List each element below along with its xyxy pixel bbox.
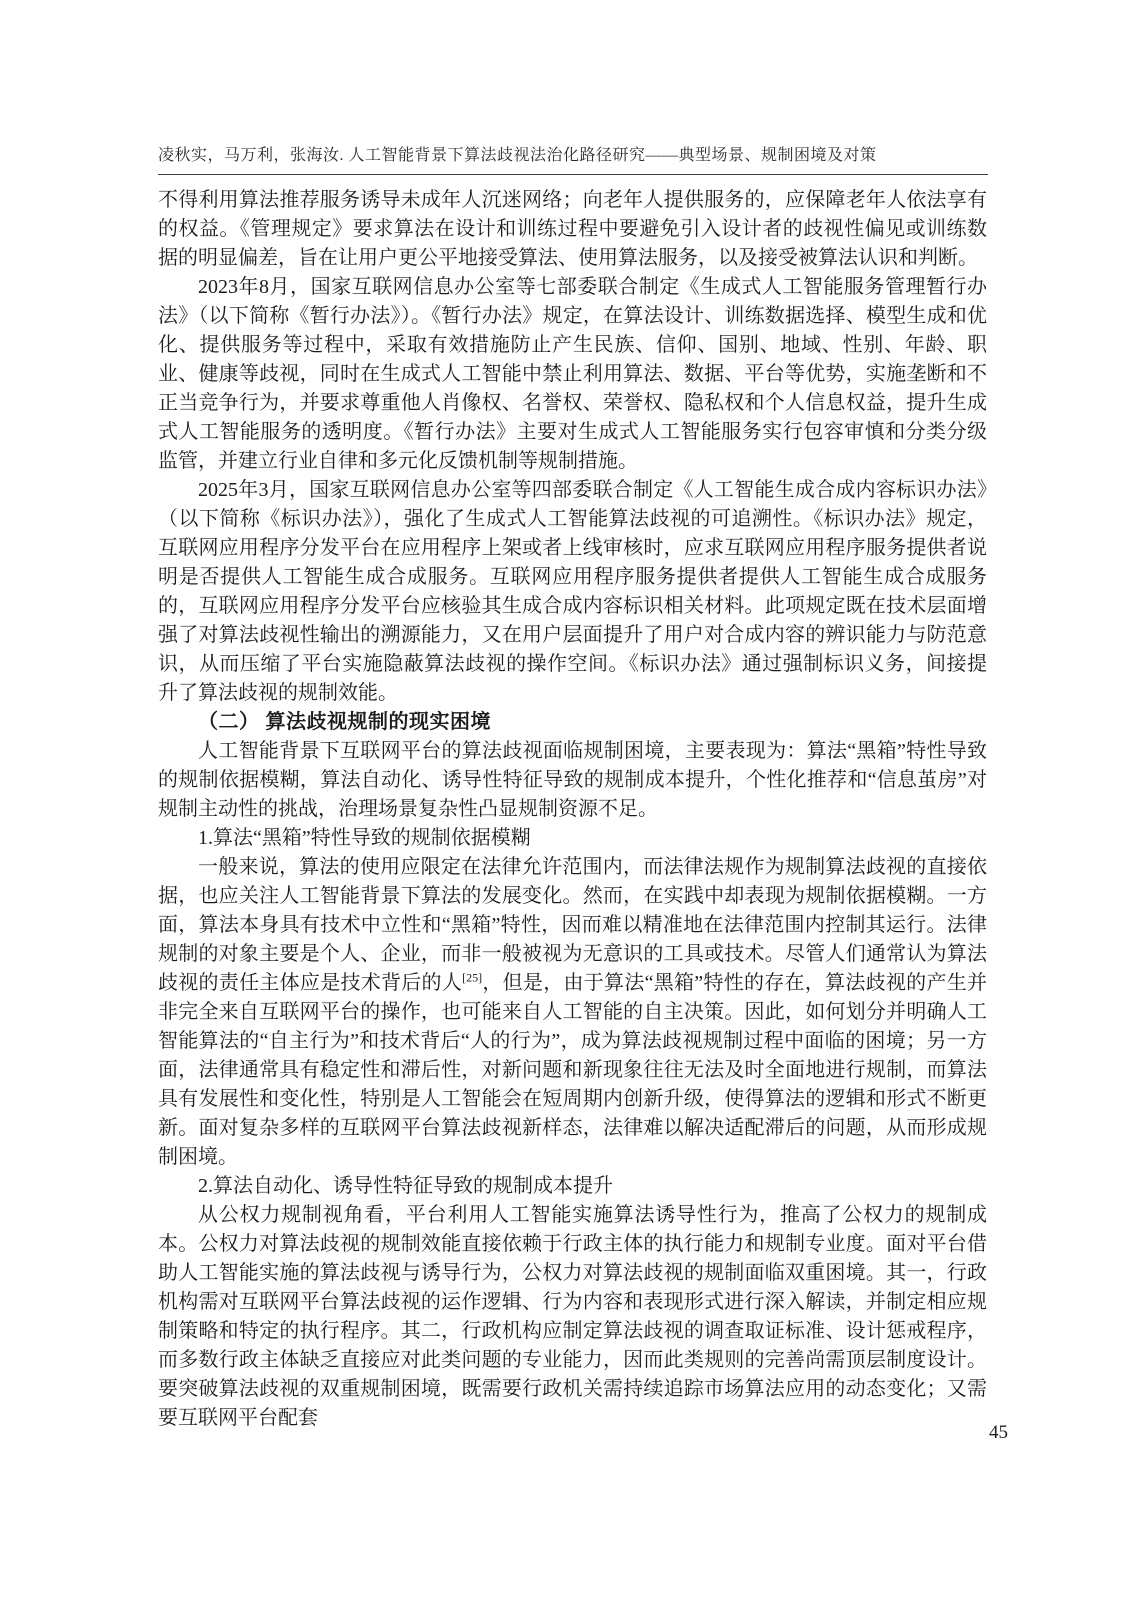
document-page: 凌秋实，马万利，张海汝. 人工智能背景下算法歧视法治化路径研究——典型场景、规制… — [0, 0, 1140, 1600]
paragraph-black-box: 一般来说，算法的使用应限定在法律允许范围内，而法律法规作为规制算法歧视的直接依据… — [158, 853, 987, 1172]
paragraph-regulation-cost: 从公权力规制视角看，平台利用人工智能实施算法诱导性行为，推高了公权力的规制成本。… — [158, 1201, 987, 1433]
subheading-1-black-box: 1.算法“黑箱”特性导致的规制依据模糊 — [158, 824, 987, 853]
paragraph-section2-intro: 人工智能背景下互联网平台的算法歧视面临规制困境，主要表现为：算法“黑箱”特性导致… — [158, 737, 987, 824]
paragraph-continuation: 不得利用算法推荐服务诱导未成年人沉迷网络；向老年人提供服务的，应保障老年人依法享… — [158, 186, 987, 273]
subheading-2-regulation-cost: 2.算法自动化、诱导性特征导致的规制成本提升 — [158, 1172, 987, 1201]
footnote-ref-25: [25] — [462, 970, 482, 984]
paragraph-text-post: ，但是，由于算法“黑箱”特性的存在，算法歧视的产生并非完全来自互联网平台的操作，… — [158, 972, 987, 1168]
header-rule — [158, 174, 988, 175]
paragraph-2023-interim-measures: 2023年8月，国家互联网信息办公室等七部委联合制定《生成式人工智能服务管理暂行… — [158, 273, 987, 476]
article-body: 不得利用算法推荐服务诱导未成年人沉迷网络；向老年人提供服务的，应保障老年人依法享… — [158, 186, 987, 1433]
section-heading-2: （二） 算法歧视规制的现实困境 — [158, 708, 987, 737]
paragraph-2025-labeling-measures: 2025年3月，国家互联网信息办公室等四部委联合制定《人工智能生成合成内容标识办… — [158, 476, 987, 708]
running-header: 凌秋实，马万利，张海汝. 人工智能背景下算法歧视法治化路径研究——典型场景、规制… — [158, 142, 988, 165]
page-number: 45 — [989, 1422, 1008, 1444]
